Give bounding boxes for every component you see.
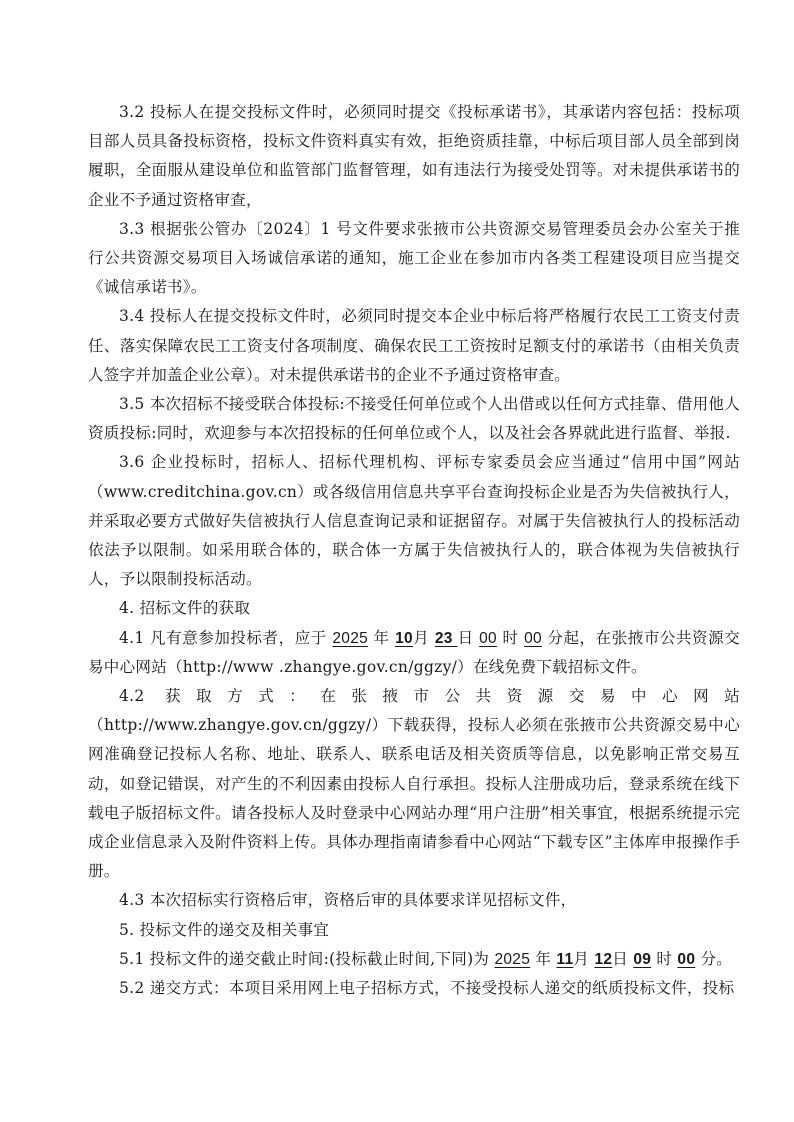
start-year: 2025 (332, 630, 368, 647)
minute-label: 分。 (695, 950, 732, 968)
start-minute: 00 (524, 630, 542, 647)
deadline-minute: 00 (677, 951, 695, 968)
section-4-heading: 4. 招标文件的获取 (88, 594, 740, 623)
year-label: 年 (368, 629, 395, 647)
section-5-heading: 5. 投标文件的递交及相关事宜 (88, 916, 740, 945)
deadline-hour: 09 (633, 951, 651, 968)
month-label: 月 (573, 950, 594, 968)
start-month: 10 (395, 630, 413, 647)
clause-3-2: 3.2 投标人在提交投标文件时，必须同时提交《投标承诺书》，其承诺内容包括：投标… (88, 98, 740, 215)
clause-3-3: 3.3 根据张公管办〔2024〕1 号文件要求张掖市公共资源交易管理委员会办公室… (88, 215, 740, 303)
deadline-year: 2025 (494, 951, 530, 968)
year-label: 年 (530, 950, 556, 968)
clause-4-1: 4.1 凡有意参加投标者，应于 2025 年 10月 23 日 00 时 00 … (88, 624, 740, 682)
clause-3-6: 3.6 企业投标时，招标人、招标代理机构、评标专家委员会应当通过“信用中国”网站… (88, 448, 740, 594)
clause-4-2: 4.2 获取方式：在张掖市公共资源交易中心网站（http://www.zhang… (88, 682, 740, 886)
day-label: 日 (612, 950, 633, 968)
clause-5-1-prefix: 5.1 投标文件的递交截止时间:(投标截止时间,下同)为 (119, 950, 494, 968)
deadline-month: 11 (556, 951, 573, 968)
clause-5-1: 5.1 投标文件的递交截止时间:(投标截止时间,下同)为 2025 年 11月 … (88, 945, 740, 974)
clause-4-3: 4.3 本次招标实行资格后审，资格后审的具体要求详见招标文件， (88, 886, 740, 915)
hour-label: 时 (651, 950, 677, 968)
day-label: 日 (458, 629, 480, 647)
deadline-day: 12 (594, 951, 612, 968)
hour-label: 时 (497, 629, 524, 647)
clause-5-2: 5.2 递交方式：本项目采用网上电子招标方式，不接受投标人递交的纸质投标文件，投… (88, 974, 740, 1003)
clause-3-4: 3.4 投标人在提交投标文件时，必须同时提交本企业中标后将严格履行农民工工资支付… (88, 302, 740, 390)
document-page: 3.2 投标人在提交投标文件时，必须同时提交《投标承诺书》，其承诺内容包括：投标… (88, 98, 740, 1003)
clause-4-1-prefix: 4.1 凡有意参加投标者，应于 (119, 629, 332, 647)
month-label: 月 (413, 629, 435, 647)
clause-3-5: 3.5 本次招标不接受联合体投标:不接受任何单位或个人出借或以任何方式挂靠、借用… (88, 390, 740, 448)
start-day: 23 (435, 630, 458, 647)
start-hour: 00 (479, 630, 497, 647)
